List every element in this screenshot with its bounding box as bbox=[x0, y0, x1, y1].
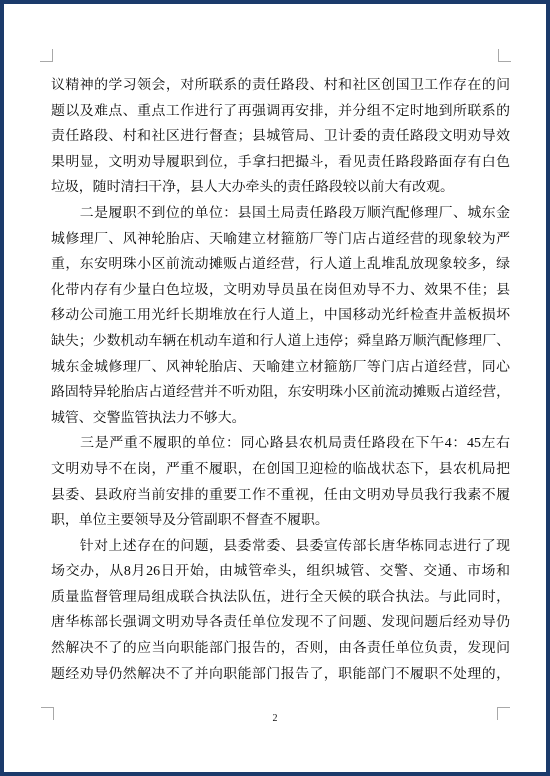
text-line: 路固特异轮胎店占道经营并不听劝阻，东安明珠小区前流动摊贩占道经营， bbox=[51, 380, 510, 406]
document-page: 议精神的学习领会，对所联系的责任路段、村和社区创国卫工作存在的问题以及难点、重点… bbox=[0, 0, 550, 776]
text-line: 然解决不了的应当向职能部门报告的，否则，由各责任单位负责，发现问 bbox=[51, 636, 510, 662]
text-line: 移动公司施工用光纤长期堆放在行人道上，中国移动光纤检查井盖板损坏 bbox=[51, 303, 510, 329]
text-line: 城管、交警监管执法力不够大。 bbox=[51, 406, 510, 432]
text-line: 垃圾，随时清扫干净，县人大办牵头的责任路段较以前大有改观。 bbox=[51, 175, 510, 201]
page-number: 2 bbox=[4, 713, 546, 725]
text-line: 二是履职不到位的单位：县国土局责任路段万顺汽配修理厂、城东金 bbox=[51, 201, 510, 227]
text-boundary-mark-top-left bbox=[40, 49, 53, 62]
text-line: 质量监督管理局组成联合执法队伍，进行全天候的联合执法。与此同时， bbox=[51, 585, 510, 611]
text-line: 题经劝导仍然解决不了并向职能部门报告了，职能部门不履职不处理的， bbox=[51, 662, 510, 688]
text-line: 针对上述存在的问题，县委常委、县委宣传部长唐华栋同志进行了现 bbox=[51, 534, 510, 560]
text-line: 缺失；少数机动车辆在机动车道和行人道上违停；舜皇路万顺汽配修理厂、 bbox=[51, 329, 510, 355]
text-boundary-mark-top-right bbox=[498, 49, 511, 62]
text-line: 城修理厂、风神轮胎店、天喻建立材箍筋厂等门店占道经营的现象较为严 bbox=[51, 227, 510, 253]
text-line: 城东金城修理厂、风神轮胎店、天喻建立材箍筋厂等门店占道经营，同心 bbox=[51, 355, 510, 381]
document-body-text: 议精神的学习领会，对所联系的责任路段、村和社区创国卫工作存在的问题以及难点、重点… bbox=[51, 73, 510, 687]
text-line: 题以及难点、重点工作进行了再强调再安排，并分组不定时地到所联系的 bbox=[51, 99, 510, 125]
text-line: 场交办，从8月26日开始，由城管牵头，组织城管、交警、交通、市场和 bbox=[51, 559, 510, 585]
text-line: 化带内存有少量白色垃圾，文明劝导员虽在岗但劝导不力、效果不佳；县 bbox=[51, 278, 510, 304]
text-line: 唐华栋部长强调文明劝导各责任单位发现不了问题、发现问题后经劝导仍 bbox=[51, 610, 510, 636]
text-line: 县委、县政府当前安排的重要工作不重视，任由文明劝导员我行我素不履 bbox=[51, 483, 510, 509]
text-line: 职，单位主要领导及分管副职不督查不履职。 bbox=[51, 508, 510, 534]
text-line: 议精神的学习领会，对所联系的责任路段、村和社区创国卫工作存在的问 bbox=[51, 73, 510, 99]
text-line: 责任路段、村和社区进行督查；县城管局、卫计委的责任路段文明劝导效 bbox=[51, 124, 510, 150]
text-line: 文明劝导不在岗，严重不履职，在创国卫迎检的临战状态下，县农机局把 bbox=[51, 457, 510, 483]
text-line: 果明显，文明劝导履职到位，手拿扫把撮斗，看见责任路段路面存有白色 bbox=[51, 150, 510, 176]
text-line: 三是严重不履职的单位：同心路县农机局责任路段在下午4：45左右 bbox=[51, 431, 510, 457]
text-line: 重，东安明珠小区前流动摊贩占道经营，行人道上乱堆乱放现象较多，绿 bbox=[51, 252, 510, 278]
